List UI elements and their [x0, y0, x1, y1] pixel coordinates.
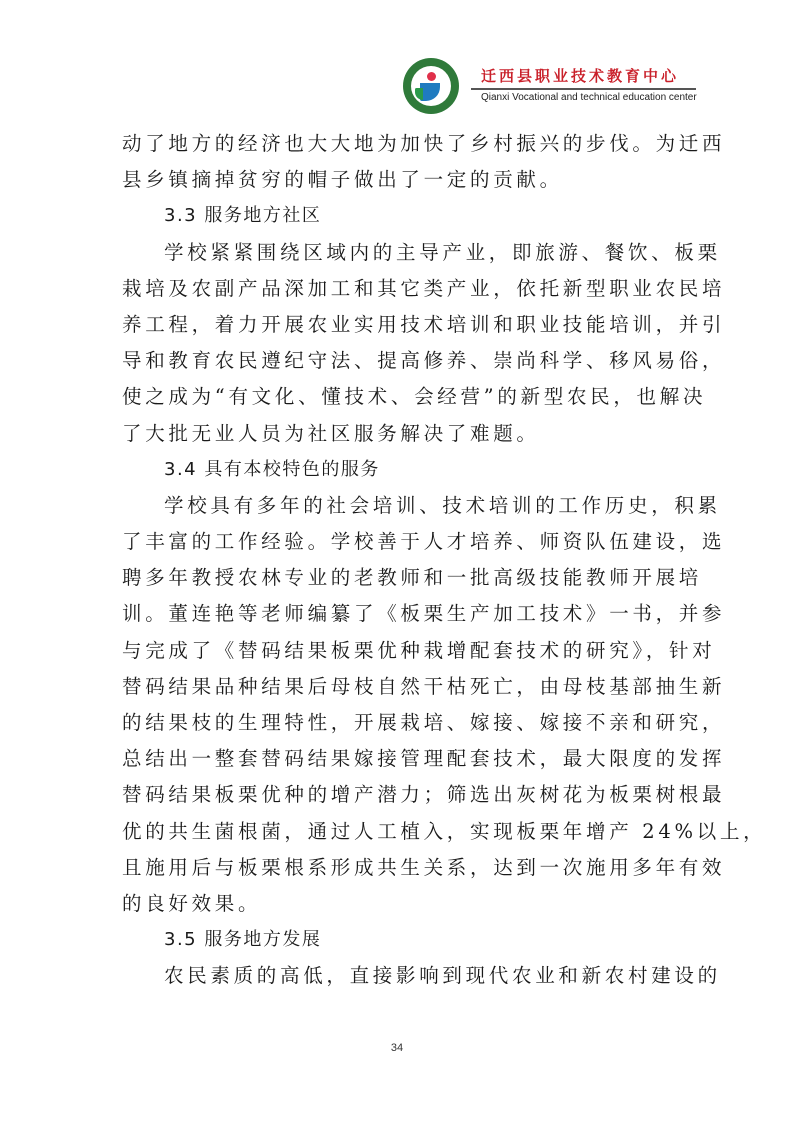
- paragraph-line: 且施用后与板栗根系形成共生关系，达到一次施用多年有效: [122, 850, 674, 886]
- paragraph-line: 优的共生菌根菌，通过人工植入，实现板栗年增产 24%以上，: [122, 814, 674, 850]
- paragraph-line: 使之成为“有文化、懂技术、会经营”的新型农民，也解决: [122, 379, 674, 415]
- paragraph-line: 替码结果品种结果后母枝自然干枯死亡，由母枝基部抽生新: [122, 669, 674, 705]
- paragraph-line: 农民素质的高低，直接影响到现代农业和新农村建设的: [122, 958, 674, 994]
- paragraph-line: 学校具有多年的社会培训、技术培训的工作历史，积累: [122, 488, 674, 524]
- header-divider: [471, 88, 696, 90]
- paragraph-line: 了大批无业人员为社区服务解决了难题。: [122, 416, 674, 452]
- header-title-chinese: 迁西县职业技术教育中心: [481, 65, 679, 86]
- paragraph-line: 导和教育农民遵纪守法、提高修养、崇尚科学、移风易俗，: [122, 343, 674, 379]
- section-heading: 3.4 具有本校特色的服务: [122, 452, 674, 488]
- paragraph-line: 动了地方的经济也大大地为加快了乡村振兴的步伐。为迁西: [122, 126, 674, 162]
- paragraph-line: 养工程，着力开展农业实用技术培训和职业技能培训，并引: [122, 307, 674, 343]
- paragraph-line: 县乡镇摘掉贫穷的帽子做出了一定的贡献。: [122, 162, 674, 198]
- paragraph-line: 的良好效果。: [122, 886, 674, 922]
- paragraph-line: 学校紧紧围绕区域内的主导产业，即旅游、餐饮、板栗: [122, 235, 674, 271]
- paragraph-line: 总结出一整套替码结果嫁接管理配套技术，最大限度的发挥: [122, 741, 674, 777]
- paragraph-line: 聘多年教授农林专业的老教师和一批高级技能教师开展培: [122, 560, 674, 596]
- paragraph-line: 与完成了《替码结果板栗优种栽增配套技术的研究》，针对: [122, 633, 674, 669]
- header-title-english: Qianxi Vocational and technical educatio…: [481, 92, 697, 103]
- section-heading: 3.5 服务地方发展: [122, 922, 674, 958]
- paragraph-line: 替码结果板栗优种的增产潜力；筛选出灰树花为板栗树根最: [122, 777, 674, 813]
- paragraph-line: 的结果枝的生理特性，开展栽培、嫁接、嫁接不亲和研究，: [122, 705, 674, 741]
- paragraph-line: 训。董连艳等老师编纂了《板栗生产加工技术》一书，并参: [122, 596, 674, 632]
- document-body: 动了地方的经济也大大地为加快了乡村振兴的步伐。为迁西县乡镇摘掉贫穷的帽子做出了一…: [122, 126, 674, 995]
- paragraph-line: 了丰富的工作经验。学校善于人才培养、师资队伍建设，选: [122, 524, 674, 560]
- section-heading: 3.3 服务地方社区: [122, 198, 674, 234]
- school-emblem-icon: [403, 58, 459, 114]
- page-number: 34: [0, 1042, 794, 1054]
- paragraph-line: 栽培及农副产品深加工和其它类产业，依托新型职业农民培: [122, 271, 674, 307]
- document-header: 迁西县职业技术教育中心 Qianxi Vocational and techni…: [403, 56, 698, 118]
